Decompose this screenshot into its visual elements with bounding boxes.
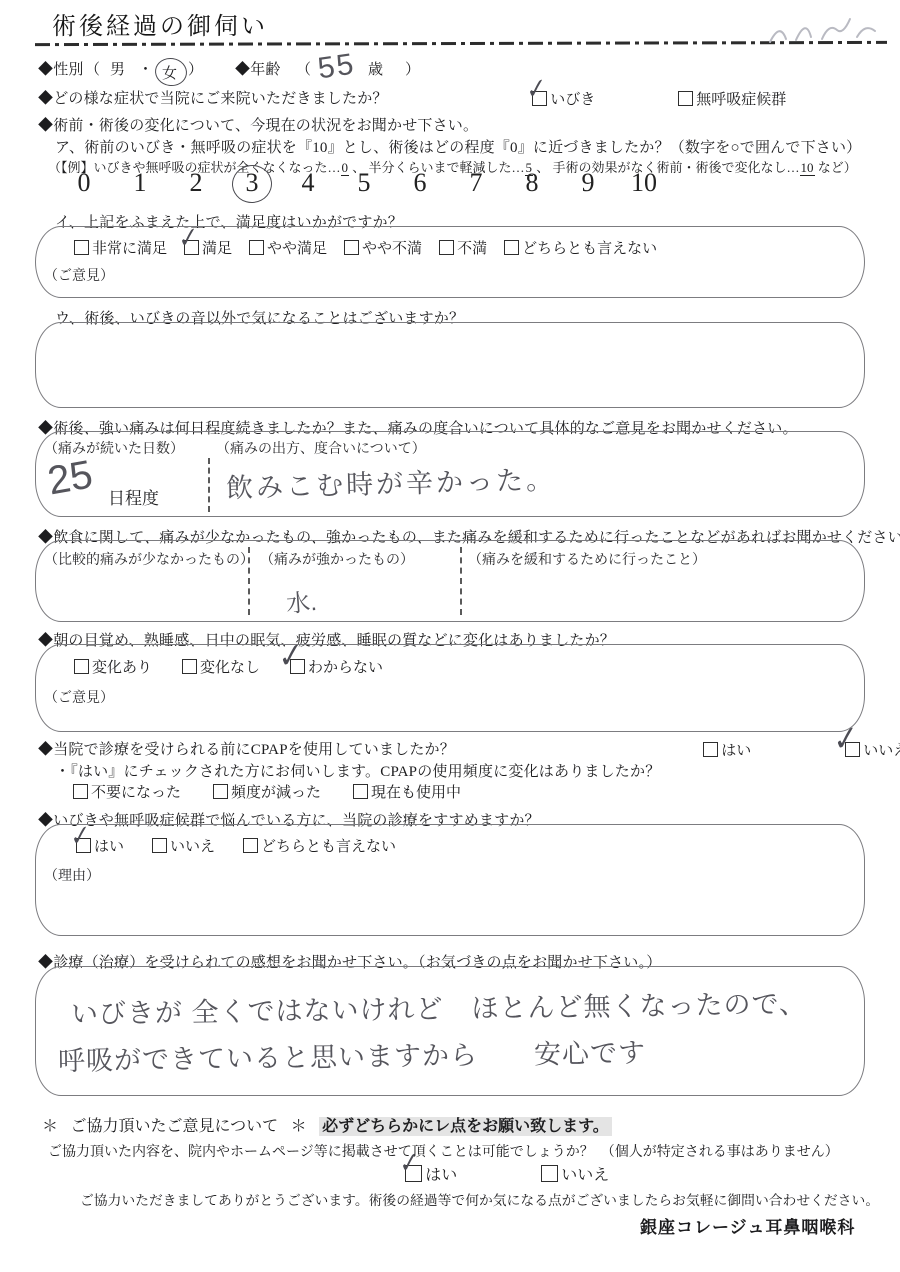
checkbox-box bbox=[249, 240, 264, 255]
checkbox-label: 満足 bbox=[202, 237, 232, 258]
scale-number: 1 bbox=[125, 168, 155, 198]
checkbox-box bbox=[541, 1165, 558, 1182]
checkbox-box bbox=[353, 784, 368, 799]
checkbox-label: 頻度が減った bbox=[231, 781, 321, 802]
checkbox-frequency-decreased: ✓頻度が減った bbox=[213, 781, 321, 802]
scale-number: 10 bbox=[629, 168, 659, 198]
page-title: 術後経過の御伺い bbox=[52, 6, 268, 41]
checkbox-recommend-yes: ✓はい bbox=[76, 835, 124, 856]
recommend-options-row: ✓はい ✓いいえ ✓どちらとも言えない bbox=[76, 835, 396, 856]
checkbox-no-change: ✓変化なし bbox=[182, 656, 260, 677]
checkbox-publish-no: ✓いいえ bbox=[541, 1162, 609, 1185]
checkbox-label: はい bbox=[721, 739, 751, 760]
example-text: など） bbox=[815, 160, 857, 175]
checkbox-label: 非常に満足 bbox=[92, 237, 167, 258]
sleep-answer-box: ✓変化あり ✓変化なし ✓わからない （ご意見） bbox=[35, 644, 865, 732]
checkbox-box bbox=[74, 659, 89, 674]
checkbox-label: 現在も使用中 bbox=[371, 781, 461, 802]
checkbox-label: わからない bbox=[308, 656, 383, 677]
checkbox-dissatisfied: ✓不満 bbox=[439, 237, 487, 258]
checkbox-label: どちらとも言えない bbox=[261, 835, 396, 856]
other-concerns-answer-box bbox=[35, 322, 865, 408]
scale-number: 5 bbox=[349, 168, 379, 198]
eating-col2-label: （痛みが強かったもの） bbox=[260, 549, 414, 569]
cpap-followup-options-row: ✓不要になった ✓頻度が減った ✓現在も使用中 bbox=[73, 781, 461, 802]
consent-heading-left: ご協力頂いたご意見について bbox=[70, 1118, 278, 1135]
asterisk-mark: ＊ bbox=[291, 1118, 307, 1135]
checkbox-changed: ✓変化あり bbox=[74, 656, 152, 677]
checkbox-label: いいえ bbox=[863, 739, 900, 760]
checkbox-box bbox=[532, 91, 547, 106]
eating-col1-label: （比較的痛みが少なかったもの） bbox=[44, 549, 254, 569]
gender-paren-open: （ bbox=[85, 58, 100, 79]
checkbox-cpap-no: ✓いいえ bbox=[845, 739, 900, 760]
dashed-column-divider bbox=[460, 547, 462, 615]
checkbox-somewhat-dissatisfied: ✓やや不満 bbox=[344, 237, 422, 258]
checkbox-label: 不満 bbox=[457, 237, 487, 258]
checkbox-label: やや満足 bbox=[267, 237, 327, 258]
checkbox-box bbox=[73, 784, 88, 799]
checkbox-box bbox=[243, 838, 258, 853]
asterisk-mark: ＊ bbox=[42, 1118, 58, 1135]
handwritten-age-value: 55 bbox=[316, 48, 358, 87]
dashed-column-divider bbox=[208, 458, 210, 512]
pain-answer-box: （痛みが続いた日数） （痛みの出方、度合いについて） 25 日程度 飲みこむ時が… bbox=[35, 431, 865, 517]
clinic-name: 銀座コレージュ耳鼻咽喉科 bbox=[640, 1213, 855, 1238]
scale-number: 3 bbox=[237, 168, 267, 198]
handwritten-impressions-line2: 呼吸ができていると思いますから 安心です bbox=[58, 1025, 647, 1089]
pain-days-label: （痛みが続いた日数） bbox=[44, 438, 184, 458]
gender-separator: ・ bbox=[138, 58, 153, 79]
checkbox-label: 変化あり bbox=[92, 656, 152, 677]
rating-scale: 0 1 2 3 4 5 6 7 8 9 10 bbox=[69, 168, 659, 198]
pain-days-unit: 日程度 bbox=[108, 484, 159, 509]
cpap-question: ◆当院で診療を受けられる前にCPAPを使用していましたか？ bbox=[38, 738, 455, 759]
consent-heading-emphasis: 必ずどちらかにレ点をお願い致します。 bbox=[319, 1117, 612, 1136]
scale-number: 8 bbox=[517, 168, 547, 198]
checkbox-label: 変化なし bbox=[200, 656, 260, 677]
checkbox-unknown: ✓わからない bbox=[290, 656, 383, 677]
dash-dot-divider bbox=[35, 41, 887, 46]
checkbox-very-satisfied: ✓非常に満足 bbox=[74, 237, 167, 258]
checkbox-label: 不要になった bbox=[91, 781, 181, 802]
checkbox-recommend-no: ✓いいえ bbox=[152, 835, 215, 856]
checkbox-no-longer-needed: ✓不要になった bbox=[73, 781, 181, 802]
checkbox-box bbox=[74, 240, 89, 255]
consent-question: ご協力頂いた内容を、院内やホームページ等に掲載させて頂くことは可能でしょうか？ … bbox=[48, 1141, 839, 1161]
checkbox-box bbox=[152, 838, 167, 853]
handwritten-painful-food: 水. bbox=[285, 582, 318, 619]
gender-female-text: 女 bbox=[162, 66, 177, 82]
handwritten-pain-days: 25 bbox=[44, 452, 96, 504]
checkbox-snoring: ✓いびき bbox=[532, 88, 595, 109]
checkbox-box bbox=[213, 784, 228, 799]
checkbox-publish-yes: ✓はい bbox=[405, 1162, 457, 1185]
sleep-options-row: ✓変化あり ✓変化なし ✓わからない bbox=[74, 656, 383, 677]
checkbox-label: どちらとも言えない bbox=[522, 237, 657, 258]
gender-label: ◆性別 bbox=[38, 58, 84, 79]
scale-number: 6 bbox=[405, 168, 435, 198]
checkbox-box bbox=[845, 742, 860, 757]
change-heading: ◆術前・術後の変化について、今現在の状況をお聞かせ下さい。 bbox=[38, 114, 478, 135]
pen-scribble-mark bbox=[762, 12, 887, 50]
scale-number: 7 bbox=[461, 168, 491, 198]
comment-label: （ご意見） bbox=[44, 265, 114, 285]
checkbox-label: いびき bbox=[550, 88, 595, 109]
scale-number: 4 bbox=[293, 168, 323, 198]
checkbox-box bbox=[703, 742, 718, 757]
pain-degree-label: （痛みの出方、度合いについて） bbox=[216, 438, 426, 458]
checkbox-still-using: ✓現在も使用中 bbox=[353, 781, 461, 802]
checkbox-label: 無呼吸症候群 bbox=[696, 88, 786, 109]
consent-heading: ＊ ご協力頂いたご意見について ＊ 必ずどちらかにレ点をお願い致します。 bbox=[42, 1113, 612, 1136]
checkbox-somewhat-satisfied: ✓やや満足 bbox=[249, 237, 327, 258]
checkbox-recommend-neither: ✓どちらとも言えない bbox=[243, 835, 396, 856]
checkbox-box bbox=[504, 240, 519, 255]
satisfaction-answer-box: ✓非常に満足 ✓満足 ✓やや満足 ✓やや不満 ✓不満 ✓どちらとも言えない （ご… bbox=[35, 226, 865, 298]
checkbox-box bbox=[182, 659, 197, 674]
questionnaire-page: 術後経過の御伺い ◆性別 （ 男 ・ 女 ） ◆年齢 （ 55 歳 ） ◆どの様… bbox=[0, 0, 900, 1272]
impressions-answer-box: いびきが 全くではないけれど ほとんど無くなったので、 呼吸ができていると思いま… bbox=[35, 966, 865, 1096]
thanks-message: ご協力いただきましてありがとうございます。術後の経過等で何か気になる点がございま… bbox=[80, 1189, 879, 1209]
change-sub-question: ア、術前のいびき・無呼吸の症状を『10』とし、術後はどの程度『0』に近づきました… bbox=[55, 136, 861, 157]
checkbox-label: いいえ bbox=[170, 835, 215, 856]
checkbox-apnea: ✓無呼吸症候群 bbox=[678, 88, 786, 109]
checkbox-cpap-yes: ✓はい bbox=[703, 739, 751, 760]
reason-label: （理由） bbox=[44, 865, 100, 885]
gender-option-female: 女 bbox=[162, 62, 177, 83]
checkbox-label: いいえ bbox=[561, 1162, 609, 1185]
age-label: ◆年齢 bbox=[235, 58, 281, 79]
checkbox-satisfied: ✓満足 bbox=[184, 237, 232, 258]
checkbox-box bbox=[439, 240, 454, 255]
checkbox-box bbox=[344, 240, 359, 255]
dashed-column-divider bbox=[248, 547, 250, 615]
checkbox-box bbox=[678, 91, 693, 106]
scale-number: 2 bbox=[181, 168, 211, 198]
eating-answer-box: （比較的痛みが少なかったもの） （痛みが強かったもの） （痛みを緩和するために行… bbox=[35, 540, 865, 622]
handwritten-pain-degree: 飲みこむ時が辛かった。 bbox=[226, 458, 557, 506]
scale-number: 9 bbox=[573, 168, 603, 198]
example-number-10: 10 bbox=[800, 160, 815, 176]
checkbox-label: やや不満 bbox=[362, 237, 422, 258]
cpap-followup-question: ・『はい』にチェックされた方にお伺いします。CPAPの使用頻度に変化はありました… bbox=[55, 760, 660, 781]
gender-paren-close: ） bbox=[188, 58, 203, 79]
checkbox-box bbox=[76, 838, 91, 853]
checkbox-label: はい bbox=[425, 1162, 457, 1185]
checkbox-label: はい bbox=[94, 835, 124, 856]
checkbox-box bbox=[290, 659, 305, 674]
age-paren-close: ） bbox=[405, 58, 420, 79]
checkbox-neither: ✓どちらとも言えない bbox=[504, 237, 657, 258]
symptom-question: ◆どの様な症状で当院にご来院いただきましたか？ bbox=[38, 87, 388, 108]
age-paren-open: （ bbox=[296, 58, 311, 79]
satisfaction-options-row: ✓非常に満足 ✓満足 ✓やや満足 ✓やや不満 ✓不満 ✓どちらとも言えない bbox=[74, 237, 657, 258]
comment-label: （ご意見） bbox=[44, 687, 114, 707]
age-unit: 歳 bbox=[368, 58, 383, 79]
recommend-answer-box: ✓はい ✓いいえ ✓どちらとも言えない （理由） bbox=[35, 824, 865, 936]
scale-number: 0 bbox=[69, 168, 99, 198]
checkbox-box bbox=[184, 240, 199, 255]
eating-col3-label: （痛みを緩和するために行ったこと） bbox=[468, 549, 706, 569]
checkbox-box bbox=[405, 1165, 422, 1182]
gender-option-male: 男 bbox=[110, 58, 125, 79]
